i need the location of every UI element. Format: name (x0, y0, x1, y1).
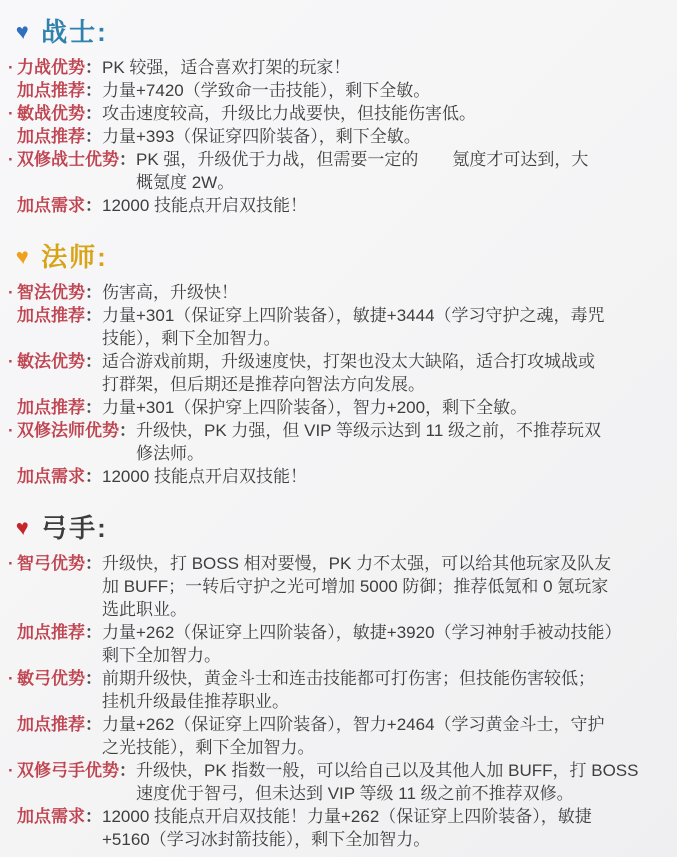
bullet-dot: · (8, 759, 17, 782)
advice-text: 12000 技能点开启双技能！ (102, 465, 667, 488)
advice-row: · 双修弓手优势 ： 升级快，PK 指数一般，可以给自己以及其他人加 BUFF，… (8, 759, 667, 805)
label-colon: ： (85, 621, 102, 644)
heart-icon: ♥ (15, 516, 30, 539)
section-warrior: ♥ 战士: · 力战优势 ： PK 较强，适合喜欢打架的玩家！ 加点推荐 ： 力… (8, 14, 667, 217)
bullet-dot: · (8, 56, 17, 79)
heart-icon: ♥ (15, 245, 30, 268)
bullet-dot: · (8, 350, 17, 373)
advice-label: 智弓优势 (17, 552, 85, 575)
advice-text: 升级快，PK 指数一般，可以给自己以及其他人加 BUFF，打 BOSS 速度优于… (136, 759, 667, 805)
section-header-warrior: ♥ 战士: (10, 14, 667, 50)
label-colon: ： (85, 805, 102, 828)
advice-label: 加点推荐 (17, 396, 85, 419)
bullet-dot: · (8, 148, 17, 171)
advice-text: 升级快，打 BOSS 相对要慢，PK 力不太强，可以给其他玩家及队友 加 BUF… (102, 552, 667, 621)
advice-text: 力量+262（保证穿上四阶装备），智力+2464（学习黄金斗士，守护 之光技能）… (102, 713, 667, 759)
label-colon: ： (85, 281, 102, 304)
label-colon: ： (85, 465, 102, 488)
advice-text: 力量+301（保证穿上四阶装备），敏捷+3444（学习守护之魂，毒咒 技能），剩… (102, 304, 667, 350)
label-colon: ： (85, 396, 102, 419)
advice-text: PK 强，升级优于力战，但需要一定的 氪度才可达到，大 概氪度 2W。 (136, 148, 667, 194)
label-colon: ： (85, 304, 102, 327)
advice-text: 前期升级快，黄金斗士和连击技能都可打伤害；但技能伤害较低； 挂机升级最佳推荐职业… (102, 667, 667, 713)
label-colon: ： (85, 667, 102, 690)
advice-row: 加点推荐 ： 力量+301（保护穿上四阶装备），智力+200，剩下全敏。 (8, 396, 667, 419)
label-colon: ： (85, 552, 102, 575)
advice-row: 加点需求 ： 12000 技能点开启双技能！ (8, 194, 667, 217)
advice-label: 加点推荐 (17, 713, 85, 736)
section-header-archer: ♥ 弓手: (10, 510, 667, 546)
advice-label: 加点推荐 (17, 125, 85, 148)
label-colon: ： (119, 419, 136, 442)
label-colon: ： (85, 56, 102, 79)
bullet-dot: · (8, 419, 17, 442)
advice-text: 适合游戏前期，升级速度快，打架也没太大缺陷，适合打攻城战或 打群架，但后期还是推… (102, 350, 667, 396)
advice-label: 敏弓优势 (17, 667, 85, 690)
advice-text: 力量+301（保护穿上四阶装备），智力+200，剩下全敏。 (102, 396, 667, 419)
section-archer: ♥ 弓手: · 智弓优势 ： 升级快，打 BOSS 相对要慢，PK 力不太强，可… (8, 510, 667, 851)
advice-row: 加点推荐 ： 力量+262（保证穿上四阶装备），敏捷+3920（学习神射手被动技… (8, 621, 667, 667)
advice-label: 加点推荐 (17, 79, 85, 102)
advice-row: 加点推荐 ： 力量+262（保证穿上四阶装备），智力+2464（学习黄金斗士，守… (8, 713, 667, 759)
advice-row: 加点推荐 ： 力量+301（保证穿上四阶装备），敏捷+3444（学习守护之魂，毒… (8, 304, 667, 350)
advice-label: 加点需求 (17, 194, 85, 217)
advice-label: 加点推荐 (17, 621, 85, 644)
advice-row: · 双修法师优势 ： 升级快，PK 力强，但 VIP 等级示达到 11 级之前，… (8, 419, 667, 465)
advice-label: 双修法师优势 (17, 419, 119, 442)
advice-text: 攻击速度较高，升级比力战要快，但技能伤害低。 (102, 102, 667, 125)
advice-row: 加点推荐 ： 力量+393（保证穿四阶装备），剩下全敏。 (8, 125, 667, 148)
advice-label: 双修战士优势 (17, 148, 119, 171)
label-colon: ： (85, 125, 102, 148)
advice-text: 12000 技能点开启双技能！ (102, 194, 667, 217)
section-header-mage: ♥ 法师: (10, 239, 667, 275)
advice-row: · 智弓优势 ： 升级快，打 BOSS 相对要慢，PK 力不太强，可以给其他玩家… (8, 552, 667, 621)
label-colon: ： (85, 350, 102, 373)
advice-row: · 敏战优势 ： 攻击速度较高，升级比力战要快，但技能伤害低。 (8, 102, 667, 125)
label-colon: ： (85, 79, 102, 102)
advice-row: 加点需求 ： 12000 技能点开启双技能！力量+262（保证穿上四阶装备），敏… (8, 805, 667, 851)
advice-text: 伤害高，升级快！ (102, 281, 667, 304)
advice-text: 升级快，PK 力强，但 VIP 等级示达到 11 级之前，不推荐玩双 修法师。 (136, 419, 667, 465)
advice-label: 加点推荐 (17, 304, 85, 327)
advice-text: 力量+393（保证穿四阶装备），剩下全敏。 (102, 125, 667, 148)
bullet-dot: · (8, 667, 17, 690)
advice-row: · 敏弓优势 ： 前期升级快，黄金斗士和连击技能都可打伤害；但技能伤害较低； 挂… (8, 667, 667, 713)
advice-row: 加点推荐 ： 力量+7420（学致命一击技能），剩下全敏。 (8, 79, 667, 102)
section-title-warrior: 战士: (41, 14, 108, 50)
section-mage: ♥ 法师: · 智法优势 ： 伤害高，升级快！ 加点推荐 ： 力量+301（保证… (8, 239, 667, 488)
advice-row: · 力战优势 ： PK 较强，适合喜欢打架的玩家！ (8, 56, 667, 79)
advice-label: 加点需求 (17, 465, 85, 488)
advice-row: 加点需求 ： 12000 技能点开启双技能！ (8, 465, 667, 488)
advice-text: 12000 技能点开启双技能！力量+262（保证穿上四阶装备），敏捷 +5160… (102, 805, 667, 851)
label-colon: ： (85, 713, 102, 736)
advice-text: 力量+262（保证穿上四阶装备），敏捷+3920（学习神射手被动技能） 剩下全加… (102, 621, 667, 667)
label-colon: ： (85, 194, 102, 217)
advice-text: PK 较强，适合喜欢打架的玩家！ (102, 56, 667, 79)
advice-row: · 敏法优势 ： 适合游戏前期，升级速度快，打架也没太大缺陷，适合打攻城战或 打… (8, 350, 667, 396)
advice-label: 加点需求 (17, 805, 85, 828)
section-title-archer: 弓手: (41, 510, 108, 546)
advice-row: · 智法优势 ： 伤害高，升级快！ (8, 281, 667, 304)
advice-label: 双修弓手优势 (17, 759, 119, 782)
advice-row: · 双修战士优势 ： PK 强，升级优于力战，但需要一定的 氪度才可达到，大 概… (8, 148, 667, 194)
advice-label: 敏战优势 (17, 102, 85, 125)
heart-icon: ♥ (15, 20, 30, 43)
section-title-mage: 法师: (41, 239, 108, 275)
label-colon: ： (119, 759, 136, 782)
advice-label: 智法优势 (17, 281, 85, 304)
bullet-dot: · (8, 281, 17, 304)
label-colon: ： (119, 148, 136, 171)
advice-label: 敏法优势 (17, 350, 85, 373)
advice-label: 力战优势 (17, 56, 85, 79)
label-colon: ： (85, 102, 102, 125)
guide-page: ♥ 战士: · 力战优势 ： PK 较强，适合喜欢打架的玩家！ 加点推荐 ： 力… (0, 0, 677, 857)
bullet-dot: · (8, 102, 17, 125)
advice-text: 力量+7420（学致命一击技能），剩下全敏。 (102, 79, 667, 102)
bullet-dot: · (8, 552, 17, 575)
